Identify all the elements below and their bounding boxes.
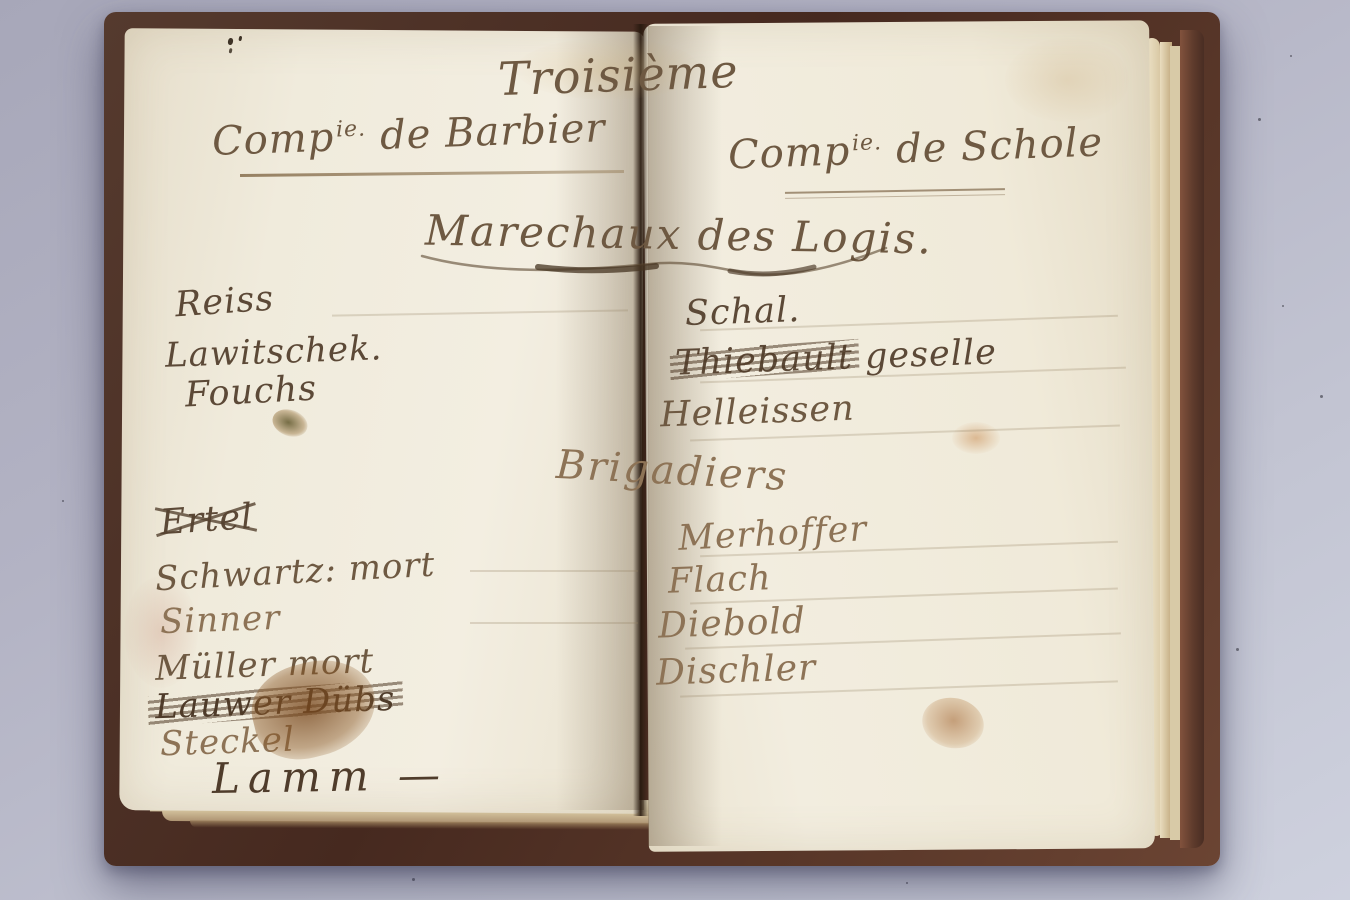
ruled-line	[470, 570, 638, 572]
name-entry: Reiss	[174, 279, 276, 326]
dust-speck	[1236, 648, 1239, 651]
name-entry: Lawitschek.	[164, 328, 383, 376]
name-entry: Sinner	[159, 598, 281, 642]
name-entry: Diebold	[657, 600, 806, 646]
page-title: Troisième	[497, 44, 739, 106]
dust-speck	[1282, 305, 1284, 307]
name-entry: Fouchs	[184, 369, 318, 416]
dust-speck	[1320, 395, 1323, 398]
left-heading-prefix: Comp	[211, 115, 335, 165]
dust-speck	[412, 878, 415, 881]
gutter-shadow-right	[648, 26, 722, 846]
photo-backdrop: Troisième Compie. de Barbier Compie. de …	[0, 0, 1350, 900]
name-entry: Flach	[667, 558, 772, 602]
right-heading-rest: de Schole	[895, 119, 1104, 172]
name-entry: Lamm —	[212, 750, 449, 803]
dust-speck	[62, 500, 64, 502]
paper-stain	[1005, 38, 1129, 122]
name-entry: Schal.	[684, 290, 801, 334]
page-edges-right	[1170, 46, 1180, 840]
ruled-line	[470, 622, 638, 624]
name-entry: Helleissen	[659, 389, 855, 436]
cover-spine-edge	[1180, 30, 1204, 848]
name-entry-struck: Ertel	[159, 497, 255, 543]
dust-speck	[1290, 55, 1292, 57]
right-heading-prefix: Comp	[727, 128, 851, 178]
dust-speck	[1258, 118, 1261, 121]
book-gutter	[633, 24, 649, 816]
flourish-underline	[418, 240, 892, 282]
paper-stain	[952, 422, 1000, 454]
right-heading-superscript: ie.	[852, 130, 883, 156]
name-entry: Dischler	[655, 647, 817, 694]
left-heading-rest: de Barbier	[379, 105, 606, 159]
dust-speck	[906, 882, 908, 884]
left-heading-superscript: ie.	[336, 116, 367, 142]
